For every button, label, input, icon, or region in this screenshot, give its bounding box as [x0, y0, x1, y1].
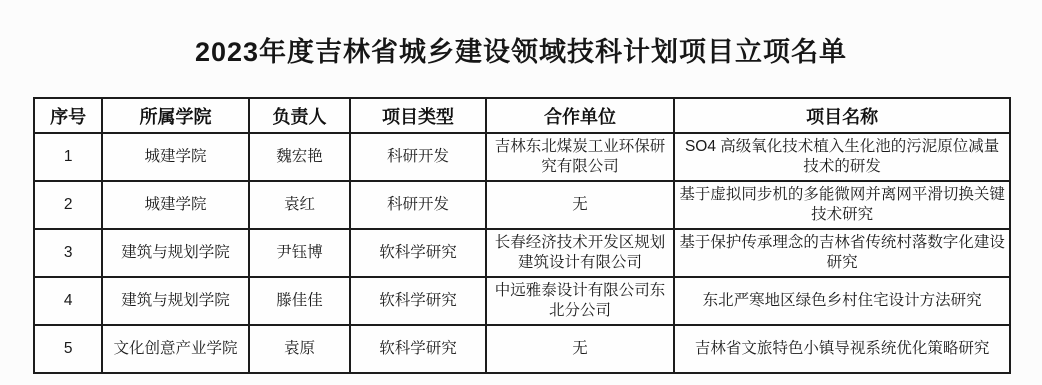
cell-partner: 无	[486, 181, 674, 229]
cell-partner: 无	[486, 325, 674, 373]
table-row: 3 建筑与规划学院 尹钰博 软科学研究 长春经济技术开发区规划建筑设计有限公司 …	[34, 229, 1010, 277]
cell-college: 建筑与规划学院	[102, 229, 248, 277]
cell-project-name: SO4 高级氧化技术植入生化池的污泥原位减量技术的研发	[674, 133, 1010, 181]
table-header-row: 序号 所属学院 负责人 项目类型 合作单位 项目名称	[34, 98, 1010, 133]
project-approval-table: 序号 所属学院 负责人 项目类型 合作单位 项目名称 1 城建学院 魏宏艳 科研…	[33, 97, 1011, 374]
cell-partner: 长春经济技术开发区规划建筑设计有限公司	[486, 229, 674, 277]
cell-partner: 中远雅泰设计有限公司东北分公司	[486, 277, 674, 325]
cell-college: 文化创意产业学院	[102, 325, 248, 373]
cell-row-number: 2	[34, 181, 102, 229]
cell-college: 建筑与规划学院	[102, 277, 248, 325]
column-header-project: 项目名称	[674, 98, 1010, 133]
cell-leader: 滕佳佳	[249, 277, 351, 325]
cell-project-type: 科研开发	[350, 181, 486, 229]
column-header-college: 所属学院	[102, 98, 248, 133]
table-header: 序号 所属学院 负责人 项目类型 合作单位 项目名称	[34, 98, 1010, 133]
cell-project-name: 东北严寒地区绿色乡村住宅设计方法研究	[674, 277, 1010, 325]
cell-row-number: 4	[34, 277, 102, 325]
column-header-leader: 负责人	[249, 98, 351, 133]
table-row: 4 建筑与规划学院 滕佳佳 软科学研究 中远雅泰设计有限公司东北分公司 东北严寒…	[34, 277, 1010, 325]
cell-row-number: 5	[34, 325, 102, 373]
page-title: 2023年度吉林省城乡建设领域技科计划项目立项名单	[0, 30, 1042, 69]
table-row: 2 城建学院 袁红 科研开发 无 基于虚拟同步机的多能微网并离网平滑切换关键技术…	[34, 181, 1010, 229]
cell-project-type: 科研开发	[350, 133, 486, 181]
cell-row-number: 3	[34, 229, 102, 277]
cell-leader: 袁红	[249, 181, 351, 229]
cell-project-name: 基于虚拟同步机的多能微网并离网平滑切换关键技术研究	[674, 181, 1010, 229]
column-header-partner: 合作单位	[486, 98, 674, 133]
cell-partner: 吉林东北煤炭工业环保研究有限公司	[486, 133, 674, 181]
document-page: 2023年度吉林省城乡建设领域技科计划项目立项名单 序号 所属学院 负责人 项目…	[0, 0, 1042, 385]
cell-project-type: 软科学研究	[350, 325, 486, 373]
cell-leader: 魏宏艳	[249, 133, 351, 181]
table-row: 1 城建学院 魏宏艳 科研开发 吉林东北煤炭工业环保研究有限公司 SO4 高级氧…	[34, 133, 1010, 181]
cell-project-name: 吉林省文旅特色小镇导视系统优化策略研究	[674, 325, 1010, 373]
table-row: 5 文化创意产业学院 袁原 软科学研究 无 吉林省文旅特色小镇导视系统优化策略研…	[34, 325, 1010, 373]
cell-college: 城建学院	[102, 181, 248, 229]
cell-project-name: 基于保护传承理念的吉林省传统村落数字化建设研究	[674, 229, 1010, 277]
cell-row-number: 1	[34, 133, 102, 181]
column-header-no: 序号	[34, 98, 102, 133]
cell-college: 城建学院	[102, 133, 248, 181]
cell-project-type: 软科学研究	[350, 277, 486, 325]
cell-project-type: 软科学研究	[350, 229, 486, 277]
table-body: 1 城建学院 魏宏艳 科研开发 吉林东北煤炭工业环保研究有限公司 SO4 高级氧…	[34, 133, 1010, 373]
column-header-type: 项目类型	[350, 98, 486, 133]
cell-leader: 袁原	[249, 325, 351, 373]
cell-leader: 尹钰博	[249, 229, 351, 277]
